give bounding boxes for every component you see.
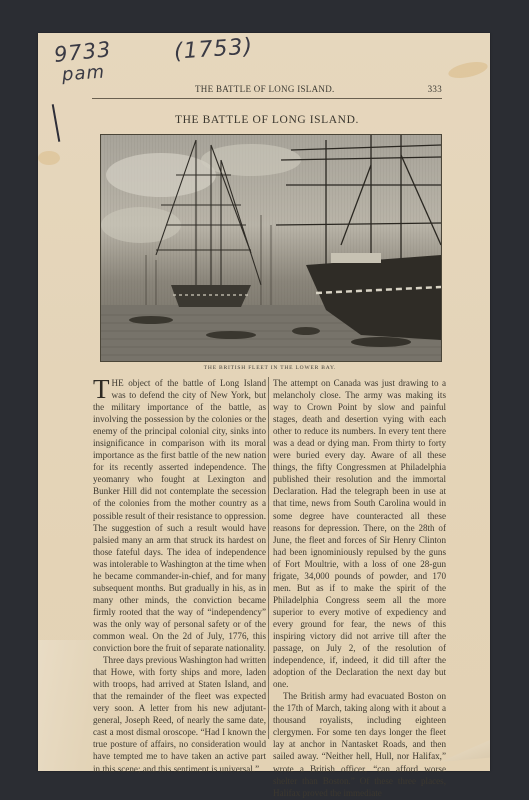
- paragraph: The British army had evacuated Boston on…: [273, 690, 446, 798]
- water-stain: [38, 151, 60, 165]
- ships-engraving-icon: [100, 134, 442, 362]
- column-divider: [268, 377, 269, 739]
- article-title: THE BATTLE OF LONG ISLAND.: [92, 114, 442, 126]
- paragraph: The attempt on Canada was just drawing t…: [273, 377, 446, 690]
- drop-cap: T: [93, 378, 110, 400]
- paragraph: Three days previous Washington had writt…: [93, 654, 266, 774]
- paragraph-text: HE object of the battle of Long Island w…: [93, 378, 266, 653]
- fleet-illustration: [101, 135, 441, 361]
- illustration-caption: THE BRITISH FLEET IN THE LOWER BAY.: [100, 365, 440, 371]
- page-number: 333: [428, 84, 442, 94]
- text-column-left: THE object of the battle of Long Island …: [93, 377, 266, 775]
- running-head-title: THE BATTLE OF LONG ISLAND.: [195, 84, 335, 94]
- handwritten-catalog-note: pam: [61, 62, 105, 86]
- water-stain: [447, 59, 489, 81]
- header-rule: [92, 98, 442, 99]
- paragraph: THE object of the battle of Long Island …: [93, 377, 266, 654]
- text-column-right: The attempt on Canada was just drawing t…: [273, 377, 446, 799]
- running-head: THE BATTLE OF LONG ISLAND. 333: [92, 84, 442, 98]
